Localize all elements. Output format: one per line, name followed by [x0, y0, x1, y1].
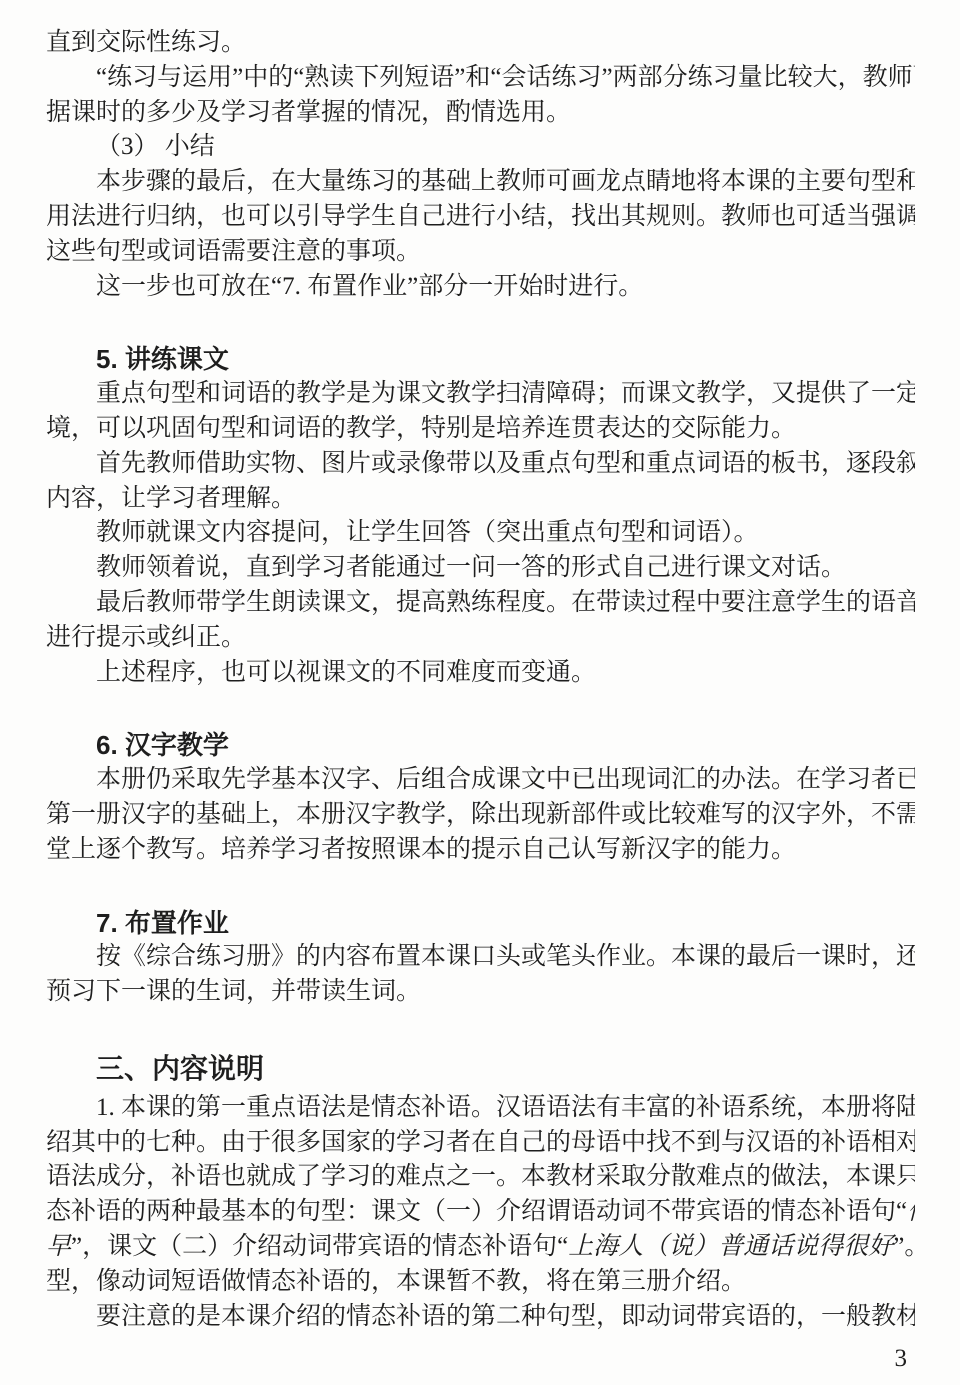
text-line: 据课时的多少及学习者掌握的情况，酌情选用。 [46, 96, 915, 131]
page-number: 3 [0, 1342, 960, 1377]
text-run: ”，课文（二）介绍动词带宾语的情态补语句“ [71, 1233, 568, 1260]
example-sentence-run: 早 [46, 1233, 71, 1260]
text-run: 绍其中的七种。由于很多国家的学习者在自己的母语中找不到与汉语的补语相对应的 [46, 1129, 915, 1156]
text-run: 内容，让学习者理解。 [46, 485, 296, 512]
text-run: 7. 布置作业 [96, 908, 229, 938]
text-run: 6. 汉字教学 [96, 730, 229, 760]
text-line: 绍其中的七种。由于很多国家的学习者在自己的母语中找不到与汉语的补语相对应的 [46, 1126, 915, 1161]
text-run: 第一册汉字的基础上，本册汉字教学，除出现新部件或比较难写的汉字外，不需要在课 [46, 801, 915, 828]
section-heading: 7. 布置作业 [46, 906, 915, 941]
text-run: 这些句型或词语需要注意的事项。 [46, 238, 421, 265]
example-sentence-run: 上海人（说）普通话说得很好 [568, 1233, 893, 1260]
text-run: ”。其他句 [893, 1233, 915, 1260]
text-run: 教师就课文内容提问，让学生回答（突出重点句型和词语）。 [96, 519, 759, 546]
text-run: 据课时的多少及学习者掌握的情况，酌情选用。 [46, 99, 571, 126]
text-run: 语法成分，补语也就成了学习的难点之一。本教材采取分散难点的做法，本课只介绍情 [46, 1163, 915, 1190]
text-line: 首先教师借助实物、图片或录像带以及重点句型和重点词语的板书，逐段叙述课文 [46, 447, 915, 482]
text-run: 型，像动词短语做情态补语的，本课暂不教，将在第三册介绍。 [46, 1268, 746, 1295]
text-line: 本步骤的最后，在大量练习的基础上教师可画龙点睛地将本课的主要句型和词语 [46, 165, 915, 200]
text-run: 预习下一课的生词，并带读生词。 [46, 978, 421, 1005]
text-line: 内容，让学习者理解。 [46, 482, 915, 517]
text-run: 重点句型和词语的教学是为课文教学扫清障碍；而课文教学，又提供了一定的语 [96, 380, 915, 407]
text-run: 首先教师借助实物、图片或录像带以及重点句型和重点词语的板书，逐段叙述课文 [96, 450, 915, 477]
text-run: 进行提示或纠正。 [46, 624, 246, 651]
document-page: 直到交际性练习。“练习与运用”中的“熟读下列短语”和“会话练习”两部分练习量比较… [0, 0, 960, 1385]
text-line: 用法进行归纳，也可以引导学生自己进行小结，找出其规则。教师也可适当强调一下用 [46, 200, 915, 235]
text-run: 本册仍采取先学基本汉字、后组合成课文中已出现词汇的办法。在学习者已掌握 [96, 766, 915, 793]
text-line: 教师领着说，直到学习者能通过一问一答的形式自己进行课文对话。 [46, 551, 915, 586]
section-heading: 6. 汉字教学 [46, 728, 915, 763]
text-line: 态补语的两种最基本的句型：课文（一）介绍谓语动词不带宾语的情态补语句“他来得真 [46, 1195, 915, 1230]
text-run: “练习与运用”中的“熟读下列短语”和“会话练习”两部分练习量比较大，教师可根 [96, 64, 915, 91]
text-run: 这一步也可放在“7. 布置作业”部分一开始时进行。 [96, 273, 643, 300]
text-line: 语法成分，补语也就成了学习的难点之一。本教材采取分散难点的做法，本课只介绍情 [46, 1160, 915, 1195]
text-run: 最后教师带学生朗读课文，提高熟练程度。在带读过程中要注意学生的语音，适当 [96, 589, 915, 616]
text-line: 重点句型和词语的教学是为课文教学扫清障碍；而课文教学，又提供了一定的语 [46, 377, 915, 412]
text-run: 上述程序，也可以视课文的不同难度而变通。 [96, 659, 596, 686]
text-line: 直到交际性练习。 [46, 26, 915, 61]
text-run: 三、内容说明 [96, 1053, 264, 1084]
text-line: 预习下一课的生词，并带读生词。 [46, 975, 915, 1010]
text-line: 要注意的是本课介绍的情态补语的第二种句型，即动词带宾语的，一般教材都强调 [46, 1300, 915, 1335]
text-run: 5. 讲练课文 [96, 344, 229, 374]
text-run: 按《综合练习册》的内容布置本课口头或笔头作业。本课的最后一课时，还要布置 [96, 943, 915, 970]
text-line: 堂上逐个教写。培养学习者按照课本的提示自己认写新汉字的能力。 [46, 833, 915, 868]
text-run: 直到交际性练习。 [46, 29, 246, 56]
text-lines: 直到交际性练习。“练习与运用”中的“熟读下列短语”和“会话练习”两部分练习量比较… [0, 0, 960, 1334]
text-run: 1. 本课的第一重点语法是情态补语。汉语语法有丰富的补语系统，本册将陆续介 [96, 1094, 915, 1121]
text-line: 境，可以巩固句型和词语的教学，特别是培养连贯表达的交际能力。 [46, 412, 915, 447]
text-line: （3） 小结 [46, 130, 915, 165]
text-line: 上述程序，也可以视课文的不同难度而变通。 [46, 656, 915, 691]
example-sentence-run: 他来得真 [907, 1198, 915, 1225]
text-run: 态补语的两种最基本的句型：课文（一）介绍谓语动词不带宾语的情态补语句“ [46, 1198, 907, 1225]
text-line: 1. 本课的第一重点语法是情态补语。汉语语法有丰富的补语系统，本册将陆续介 [46, 1091, 915, 1126]
text-run: 教师领着说，直到学习者能通过一问一答的形式自己进行课文对话。 [96, 554, 846, 581]
text-run: 堂上逐个教写。培养学习者按照课本的提示自己认写新汉字的能力。 [46, 836, 796, 863]
text-run: （3） 小结 [96, 133, 215, 160]
text-line: 教师就课文内容提问，让学生回答（突出重点句型和词语）。 [46, 516, 915, 551]
text-line: 按《综合练习册》的内容布置本课口头或笔头作业。本课的最后一课时，还要布置 [46, 940, 915, 975]
text-line: 本册仍采取先学基本汉字、后组合成课文中已出现词汇的办法。在学习者已掌握 [46, 763, 915, 798]
text-run: 境，可以巩固句型和词语的教学，特别是培养连贯表达的交际能力。 [46, 415, 796, 442]
text-line: 第一册汉字的基础上，本册汉字教学，除出现新部件或比较难写的汉字外，不需要在课 [46, 798, 915, 833]
section-heading: 5. 讲练课文 [46, 342, 915, 377]
text-line: 早”，课文（二）介绍动词带宾语的情态补语句“上海人（说）普通话说得很好”。其他句 [46, 1230, 915, 1265]
text-run: 用法进行归纳，也可以引导学生自己进行小结，找出其规则。教师也可适当强调一下用 [46, 203, 915, 230]
text-run: 本步骤的最后，在大量练习的基础上教师可画龙点睛地将本课的主要句型和词语 [96, 168, 915, 195]
text-line: 最后教师带学生朗读课文，提高熟练程度。在带读过程中要注意学生的语音，适当 [46, 586, 915, 621]
text-line: 进行提示或纠正。 [46, 621, 915, 656]
text-line: “练习与运用”中的“熟读下列短语”和“会话练习”两部分练习量比较大，教师可根 [46, 61, 915, 96]
text-line: 型，像动词短语做情态补语的，本课暂不教，将在第三册介绍。 [46, 1265, 915, 1300]
text-line: 这些句型或词语需要注意的事项。 [46, 235, 915, 270]
section-heading: 三、内容说明 [46, 1052, 915, 1087]
text-run: 要注意的是本课介绍的情态补语的第二种句型，即动词带宾语的，一般教材都强调 [96, 1303, 915, 1330]
text-line: 这一步也可放在“7. 布置作业”部分一开始时进行。 [46, 270, 915, 305]
